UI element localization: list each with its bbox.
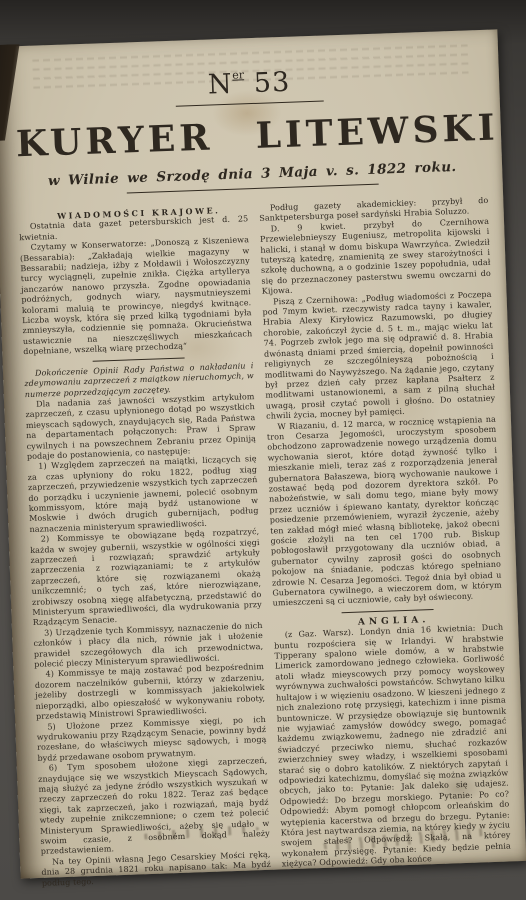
paragraph: D. 9 kwiet. przybył do Czernihowa Przewi…	[259, 217, 491, 298]
page-content: Ner 53 KURYER LITEWSKI w Wilnie we Srzod…	[0, 29, 526, 889]
paragraph: (z Gaz. Warsz). Londyn dnia 16 kwietnia:…	[274, 623, 512, 870]
right-column: Podług gazety akademickiey: przybył do S…	[259, 196, 512, 881]
paragraph: 6) Tym sposobem ułożone xięgi zaprzeczeń…	[38, 756, 271, 858]
issue-value: 53	[253, 67, 290, 99]
paragraph: Czytamy w Konserwatorze: „Donoszą z Kisz…	[20, 235, 253, 357]
issue-number: Ner 53	[13, 52, 484, 107]
newspaper-page: Ner 53 KURYER LITEWSKI w Wilnie we Srzod…	[0, 29, 526, 878]
issue-prefix: N	[207, 69, 233, 101]
paragraph: 2) Kommissye te obowiązane będą rozpatrz…	[30, 527, 263, 629]
paragraph: Dla nadania zaś jawności wszystkim artyk…	[25, 392, 257, 462]
newspaper-title: KURYER LITEWSKI	[15, 108, 486, 164]
issue-superscript: er	[232, 68, 244, 81]
masthead-rule	[176, 101, 324, 107]
paragraph: 1) Względem zaprzeczeń na maiątki, liczą…	[27, 454, 259, 535]
section-divider	[92, 357, 184, 361]
article-columns: WIADOMOŚCI KRAJOWE. Ostatnia data gazet …	[18, 196, 511, 889]
masthead: Ner 53 KURYER LITEWSKI w Wilnie we Srzod…	[13, 52, 487, 197]
paragraph: 4) Kommissye te mają zostawać pod bezpoś…	[34, 662, 265, 722]
section-divider	[342, 609, 434, 613]
left-column: WIADOMOŚCI KRAJOWE. Ostatnia data gazet …	[18, 204, 271, 889]
paragraph: W Riazaniu, d. 12 marca, w rocznicę wstą…	[266, 414, 502, 609]
paragraph: Piszą z Czernihowa: „Podług wiadomości z…	[262, 289, 496, 422]
